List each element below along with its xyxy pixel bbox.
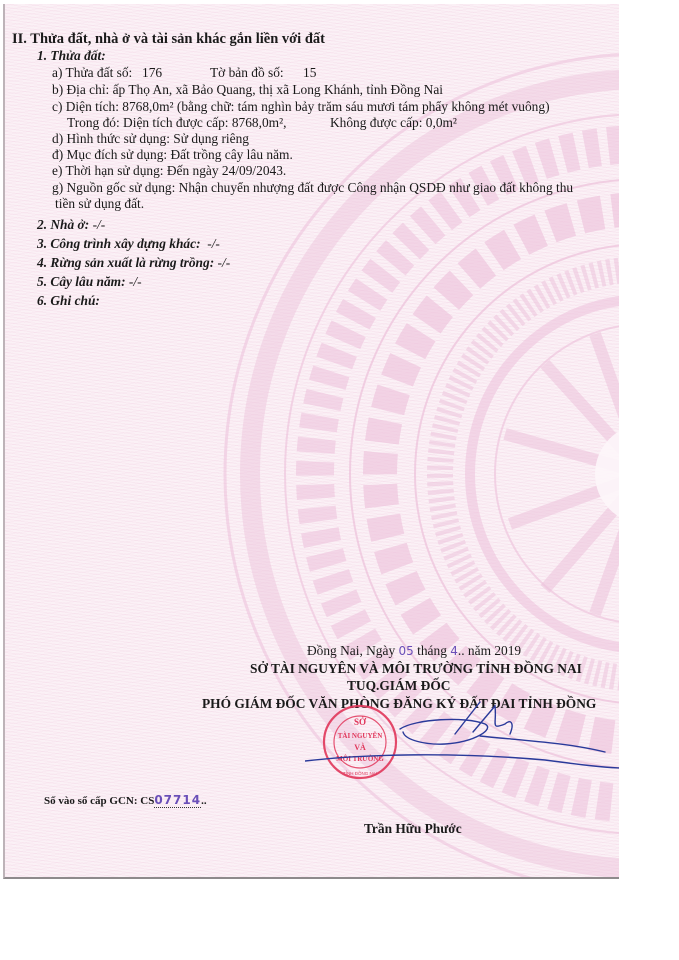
- usage-term: e) Thời hạn sử dụng: Đến ngày 24/09/2043…: [52, 163, 286, 179]
- registry-label: Số vào sổ cấp GCN: CS: [44, 795, 154, 807]
- month-label: tháng: [417, 643, 447, 658]
- item-planted-forest: 4. Rừng sản xuất là rừng trồng: -/-: [37, 255, 230, 271]
- usage-origin-line1: g) Nguồn gốc sử dụng: Nhận chuyển nhượng…: [52, 180, 573, 196]
- place-date: Đồng Nai, Ngày 05 tháng 4.. năm 2019: [307, 643, 521, 659]
- map-sheet-number: 15: [303, 65, 316, 81]
- item-perennial-trees: 5. Cây lâu năm: -/-: [37, 274, 142, 290]
- registry-dots: ..: [201, 795, 207, 807]
- department-name: SỞ TÀI NGUYÊN VÀ MÔI TRƯỜNG TỈNH ĐỒNG NA…: [250, 661, 582, 677]
- place-date-prefix: Đồng Nai, Ngày: [307, 643, 395, 658]
- item-planted-forest-value: -/-: [218, 255, 231, 270]
- parcel-address: b) Địa chỉ: ấp Thọ An, xã Bảo Quang, thị…: [52, 82, 443, 98]
- usage-purpose: đ) Mục đích sử dụng: Đất trồng cây lâu n…: [52, 147, 293, 163]
- area-not-granted: Không được cấp: 0,0m²: [330, 115, 457, 131]
- item-perennial-trees-value: -/-: [129, 274, 142, 289]
- year-label: .. năm 2019: [458, 643, 521, 658]
- item-perennial-trees-label: 5. Cây lâu năm:: [37, 274, 126, 289]
- parcel-area: c) Diện tích: 8768,0m² (bằng chữ: tám ng…: [52, 99, 550, 115]
- date-day: 05: [399, 644, 414, 658]
- signer-name: Trần Hữu Phước: [364, 821, 462, 837]
- item-other-construction-value: -/-: [207, 236, 220, 251]
- area-granted: Trong đó: Diện tích được cấp: 8768,0m²,: [67, 115, 286, 131]
- item-other-construction-label: 3. Công trình xây dựng khác:: [37, 236, 201, 251]
- usage-origin-line2: tiền sử dụng đất.: [55, 196, 144, 212]
- item-other-construction: 3. Công trình xây dựng khác: -/-: [37, 236, 220, 252]
- land-parcel-heading: 1. Thửa đất:: [37, 48, 106, 64]
- item-house-value: -/-: [93, 217, 106, 232]
- item-notes-label: 6. Ghi chú:: [37, 293, 100, 308]
- certificate-page: II. Thửa đất, nhà ở và tài sản khác gắn …: [3, 4, 619, 879]
- date-month: 4: [450, 644, 458, 658]
- map-sheet-label: Tờ bản đồ số:: [210, 65, 284, 81]
- item-notes: 6. Ghi chú:: [37, 293, 100, 309]
- section-heading: II. Thửa đất, nhà ở và tài sản khác gắn …: [12, 31, 325, 47]
- item-house: 2. Nhà ở: -/-: [37, 217, 105, 233]
- usage-form: d) Hình thức sử dụng: Sử dụng riêng: [52, 131, 249, 147]
- parcel-number: 176: [142, 65, 162, 81]
- parcel-number-label: a) Thửa đất số:: [52, 65, 132, 81]
- handwritten-signature-icon: [305, 694, 619, 784]
- registry-number: 07714: [154, 793, 201, 808]
- on-behalf-of: TUQ.GIÁM ĐỐC: [347, 678, 450, 694]
- item-planted-forest-label: 4. Rừng sản xuất là rừng trồng:: [37, 255, 214, 270]
- item-house-label: 2. Nhà ở:: [37, 217, 89, 232]
- registry-entry: Số vào sổ cấp GCN: CS07714..: [44, 792, 207, 809]
